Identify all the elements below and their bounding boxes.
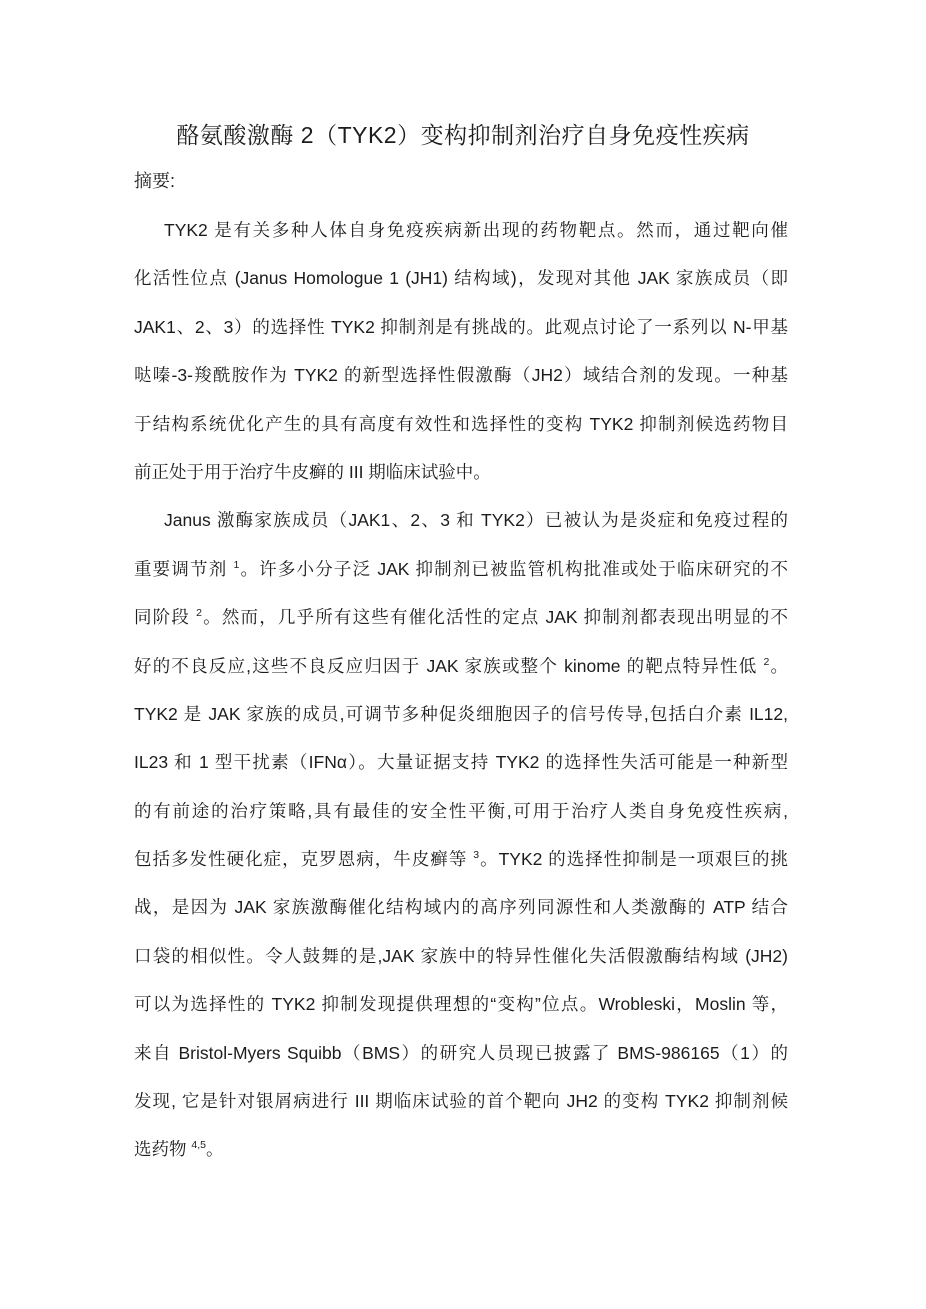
text-line: 可以为选择性的 TYK2 抑制发现提供理想的“变构”位点。Wrobleski，M… xyxy=(134,980,788,1028)
document-title: 酪氨酸激酶 2（TYK2）变构抑制剂治疗自身免疫性疾病 xyxy=(0,117,926,150)
text-line: 战，是因为 JAK 家族激酶催化结构域内的高序列同源性和人类激酶的 ATP 结合 xyxy=(134,883,788,931)
text-line: 的有前途的治疗策略,具有最佳的安全性平衡,可用于治疗人类自身免疫性疾病, xyxy=(134,787,788,835)
superscript-reference: 2 xyxy=(196,607,202,619)
text-line: 哒嗪-3-羧酰胺作为 TYK2 的新型选择性假激酶（JH2）域结合剂的发现。一种… xyxy=(134,351,788,399)
text-line: 来自 Bristol-Myers Squibb（BMS）的研究人员现已披露了 B… xyxy=(134,1029,788,1077)
abstract-label: 摘要: xyxy=(134,168,175,194)
text-line: 化活性位点 (Janus Homologue 1 (JH1) 结构域)，发现对其… xyxy=(134,254,788,302)
text-line: 口袋的相似性。令人鼓舞的是,JAK 家族中的特异性催化失活假激酶结构域 (JH2… xyxy=(134,932,788,980)
text-line: TYK2 是有关多种人体自身免疫疾病新出现的药物靶点。然而，通过靶向催 xyxy=(134,206,788,254)
text-line: 包括多发性硬化症，克罗恩病，牛皮癣等 3。TYK2 的选择性抑制是一项艰巨的挑 xyxy=(134,835,788,883)
superscript-reference: 2 xyxy=(763,656,769,668)
text-line: IL23 和 1 型干扰素（IFNα）。大量证据支持 TYK2 的选择性失活可能… xyxy=(134,738,788,786)
text-line: 发现, 它是针对银屑病进行 III 期临床试验的首个靶向 JH2 的变构 TYK… xyxy=(134,1077,788,1125)
superscript-reference: 3 xyxy=(473,849,479,861)
text-line: Janus 激酶家族成员（JAK1、2、3 和 TYK2）已被认为是炎症和免疫过… xyxy=(134,496,788,544)
text-line: 前正处于用于治疗牛皮癣的 III 期临床试验中。 xyxy=(134,448,788,496)
paragraph: TYK2 是有关多种人体自身免疫疾病新出现的药物靶点。然而，通过靶向催化活性位点… xyxy=(134,206,788,496)
text-line: TYK2 是 JAK 家族的成员,可调节多种促炎细胞因子的信号传导,包括白介素 … xyxy=(134,690,788,738)
text-line: 重要调节剂 1。许多小分子泛 JAK 抑制剂已被监管机构批准或处于临床研究的不 xyxy=(134,545,788,593)
text-line: 好的不良反应,这些不良反应归因于 JAK 家族或整个 kinome 的靶点特异性… xyxy=(134,642,788,690)
text-line: 选药物 4,5。 xyxy=(134,1125,788,1173)
paragraph: Janus 激酶家族成员（JAK1、2、3 和 TYK2）已被认为是炎症和免疫过… xyxy=(134,496,788,1173)
text-line: JAK1、2、3）的选择性 TYK2 抑制剂是有挑战的。此观点讨论了一系列以 N… xyxy=(134,303,788,351)
text-line: 于结构系统优化产生的具有高度有效性和选择性的变构 TYK2 抑制剂候选药物目 xyxy=(134,400,788,448)
document-body: TYK2 是有关多种人体自身免疫疾病新出现的药物靶点。然而，通过靶向催化活性位点… xyxy=(134,206,788,1174)
document-page: 酪氨酸激酶 2（TYK2）变构抑制剂治疗自身免疫性疾病 摘要: TYK2 是有关… xyxy=(0,0,926,1309)
superscript-reference: 1 xyxy=(233,559,239,571)
text-line: 同阶段 2。然而，几乎所有这些有催化活性的定点 JAK 抑制剂都表现出明显的不 xyxy=(134,593,788,641)
superscript-reference: 4,5 xyxy=(191,1140,206,1152)
